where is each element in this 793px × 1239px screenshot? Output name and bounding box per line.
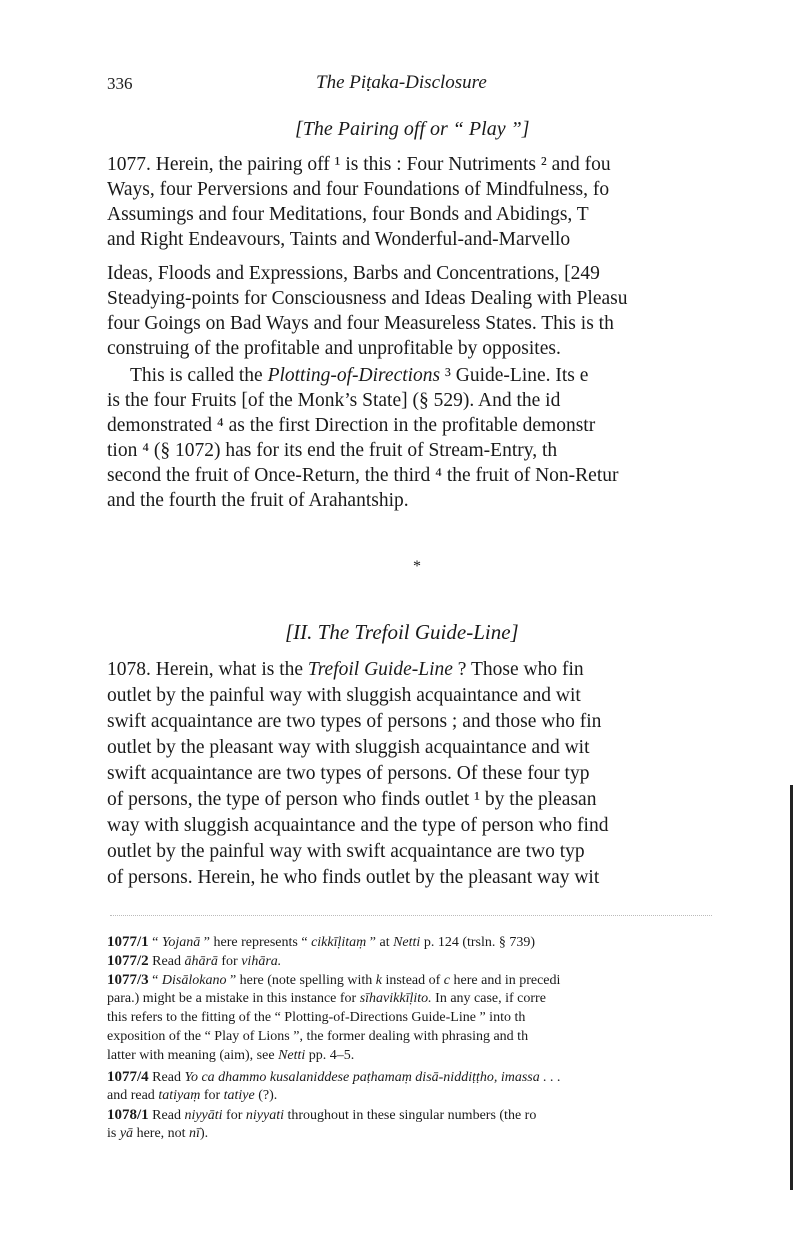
footnote-1077-4: 1077/4 Read Yo ca dhammo kusalaniddese p… <box>107 1070 561 1085</box>
footnote-continuation: latter with meaning (aim), see Netti pp.… <box>107 1049 354 1063</box>
text-line: Assumings and four Meditations, four Bon… <box>107 205 589 225</box>
footnote-continuation: exposition of the “ Play of Lions ”, the… <box>107 1030 528 1044</box>
book-page: 336 The Piṭaka-Disclosure [The Pairing o… <box>0 0 793 1239</box>
text-line: Steadying-points for Consciousness and I… <box>107 289 627 309</box>
footnote-continuation: para.) might be a mistake in this instan… <box>107 992 546 1006</box>
text-line: This is called the Plotting-of-Direction… <box>130 366 588 386</box>
text-area: 336 The Piṭaka-Disclosure [The Pairing o… <box>0 0 712 1239</box>
text-line: swift acquaintance are two types of pers… <box>107 712 601 732</box>
footnote-continuation: this refers to the fitting of the “ Plot… <box>107 1011 525 1025</box>
text-line: Ideas, Floods and Expressions, Barbs and… <box>107 264 600 284</box>
text-line: 1078. Herein, what is the Trefoil Guide-… <box>107 660 584 680</box>
running-title: The Piṭaka-Disclosure <box>316 72 487 94</box>
footnote-1077-1: 1077/1 “ Yojanā ” here represents “ cikk… <box>107 935 535 950</box>
text-line: and the fourth the fruit of Arahantship. <box>107 491 409 511</box>
footnote-divider <box>110 915 712 916</box>
text-line: of persons, the type of person who finds… <box>107 790 596 810</box>
text-line: and Right Endeavours, Taints and Wonderf… <box>107 230 570 250</box>
text-line: tion ⁴ (§ 1072) has for its end the frui… <box>107 441 557 461</box>
text-line: of persons. Herein, he who finds outlet … <box>107 868 599 888</box>
text-line: outlet by the painful way with sluggish … <box>107 686 581 706</box>
footnote-continuation: is yā here, not nī). <box>107 1127 208 1141</box>
text-line: second the fruit of Once-Return, the thi… <box>107 466 619 486</box>
page-number: 336 <box>107 74 133 94</box>
footnote-1078-1: 1078/1 Read niyyāti for niyyati througho… <box>107 1108 536 1123</box>
section-heading-trefoil: [II. The Trefoil Guide-Line] <box>285 620 519 645</box>
section-heading-pairing-off: [The Pairing off or “ Play ”] <box>295 118 529 141</box>
text-line: way with sluggish acquaintance and the t… <box>107 816 608 836</box>
text-line: four Goings on Bad Ways and four Measure… <box>107 314 614 334</box>
text-line: construing of the profitable and unprofi… <box>107 339 561 359</box>
footnote-1077-2: 1077/2 Read āhārā for vihāra. <box>107 954 281 969</box>
text-line: Ways, four Perversions and four Foundati… <box>107 180 609 200</box>
text-line: outlet by the painful way with swift acq… <box>107 842 585 862</box>
footnote-continuation: and read tatiyaṃ for tatiye (?). <box>107 1089 277 1103</box>
text-line: demonstrated ⁴ as the first Direction in… <box>107 416 595 436</box>
footnote-1077-3: 1077/3 “ Disālokano ” here (note spellin… <box>107 973 560 988</box>
text-line: swift acquaintance are two types of pers… <box>107 764 589 784</box>
text-line: 1077. Herein, the pairing off ¹ is this … <box>107 155 611 175</box>
text-line: outlet by the pleasant way with sluggish… <box>107 738 590 758</box>
text-line: is the four Fruits [of the Monk’s State]… <box>107 391 560 411</box>
section-separator-asterisk: * <box>413 558 421 576</box>
